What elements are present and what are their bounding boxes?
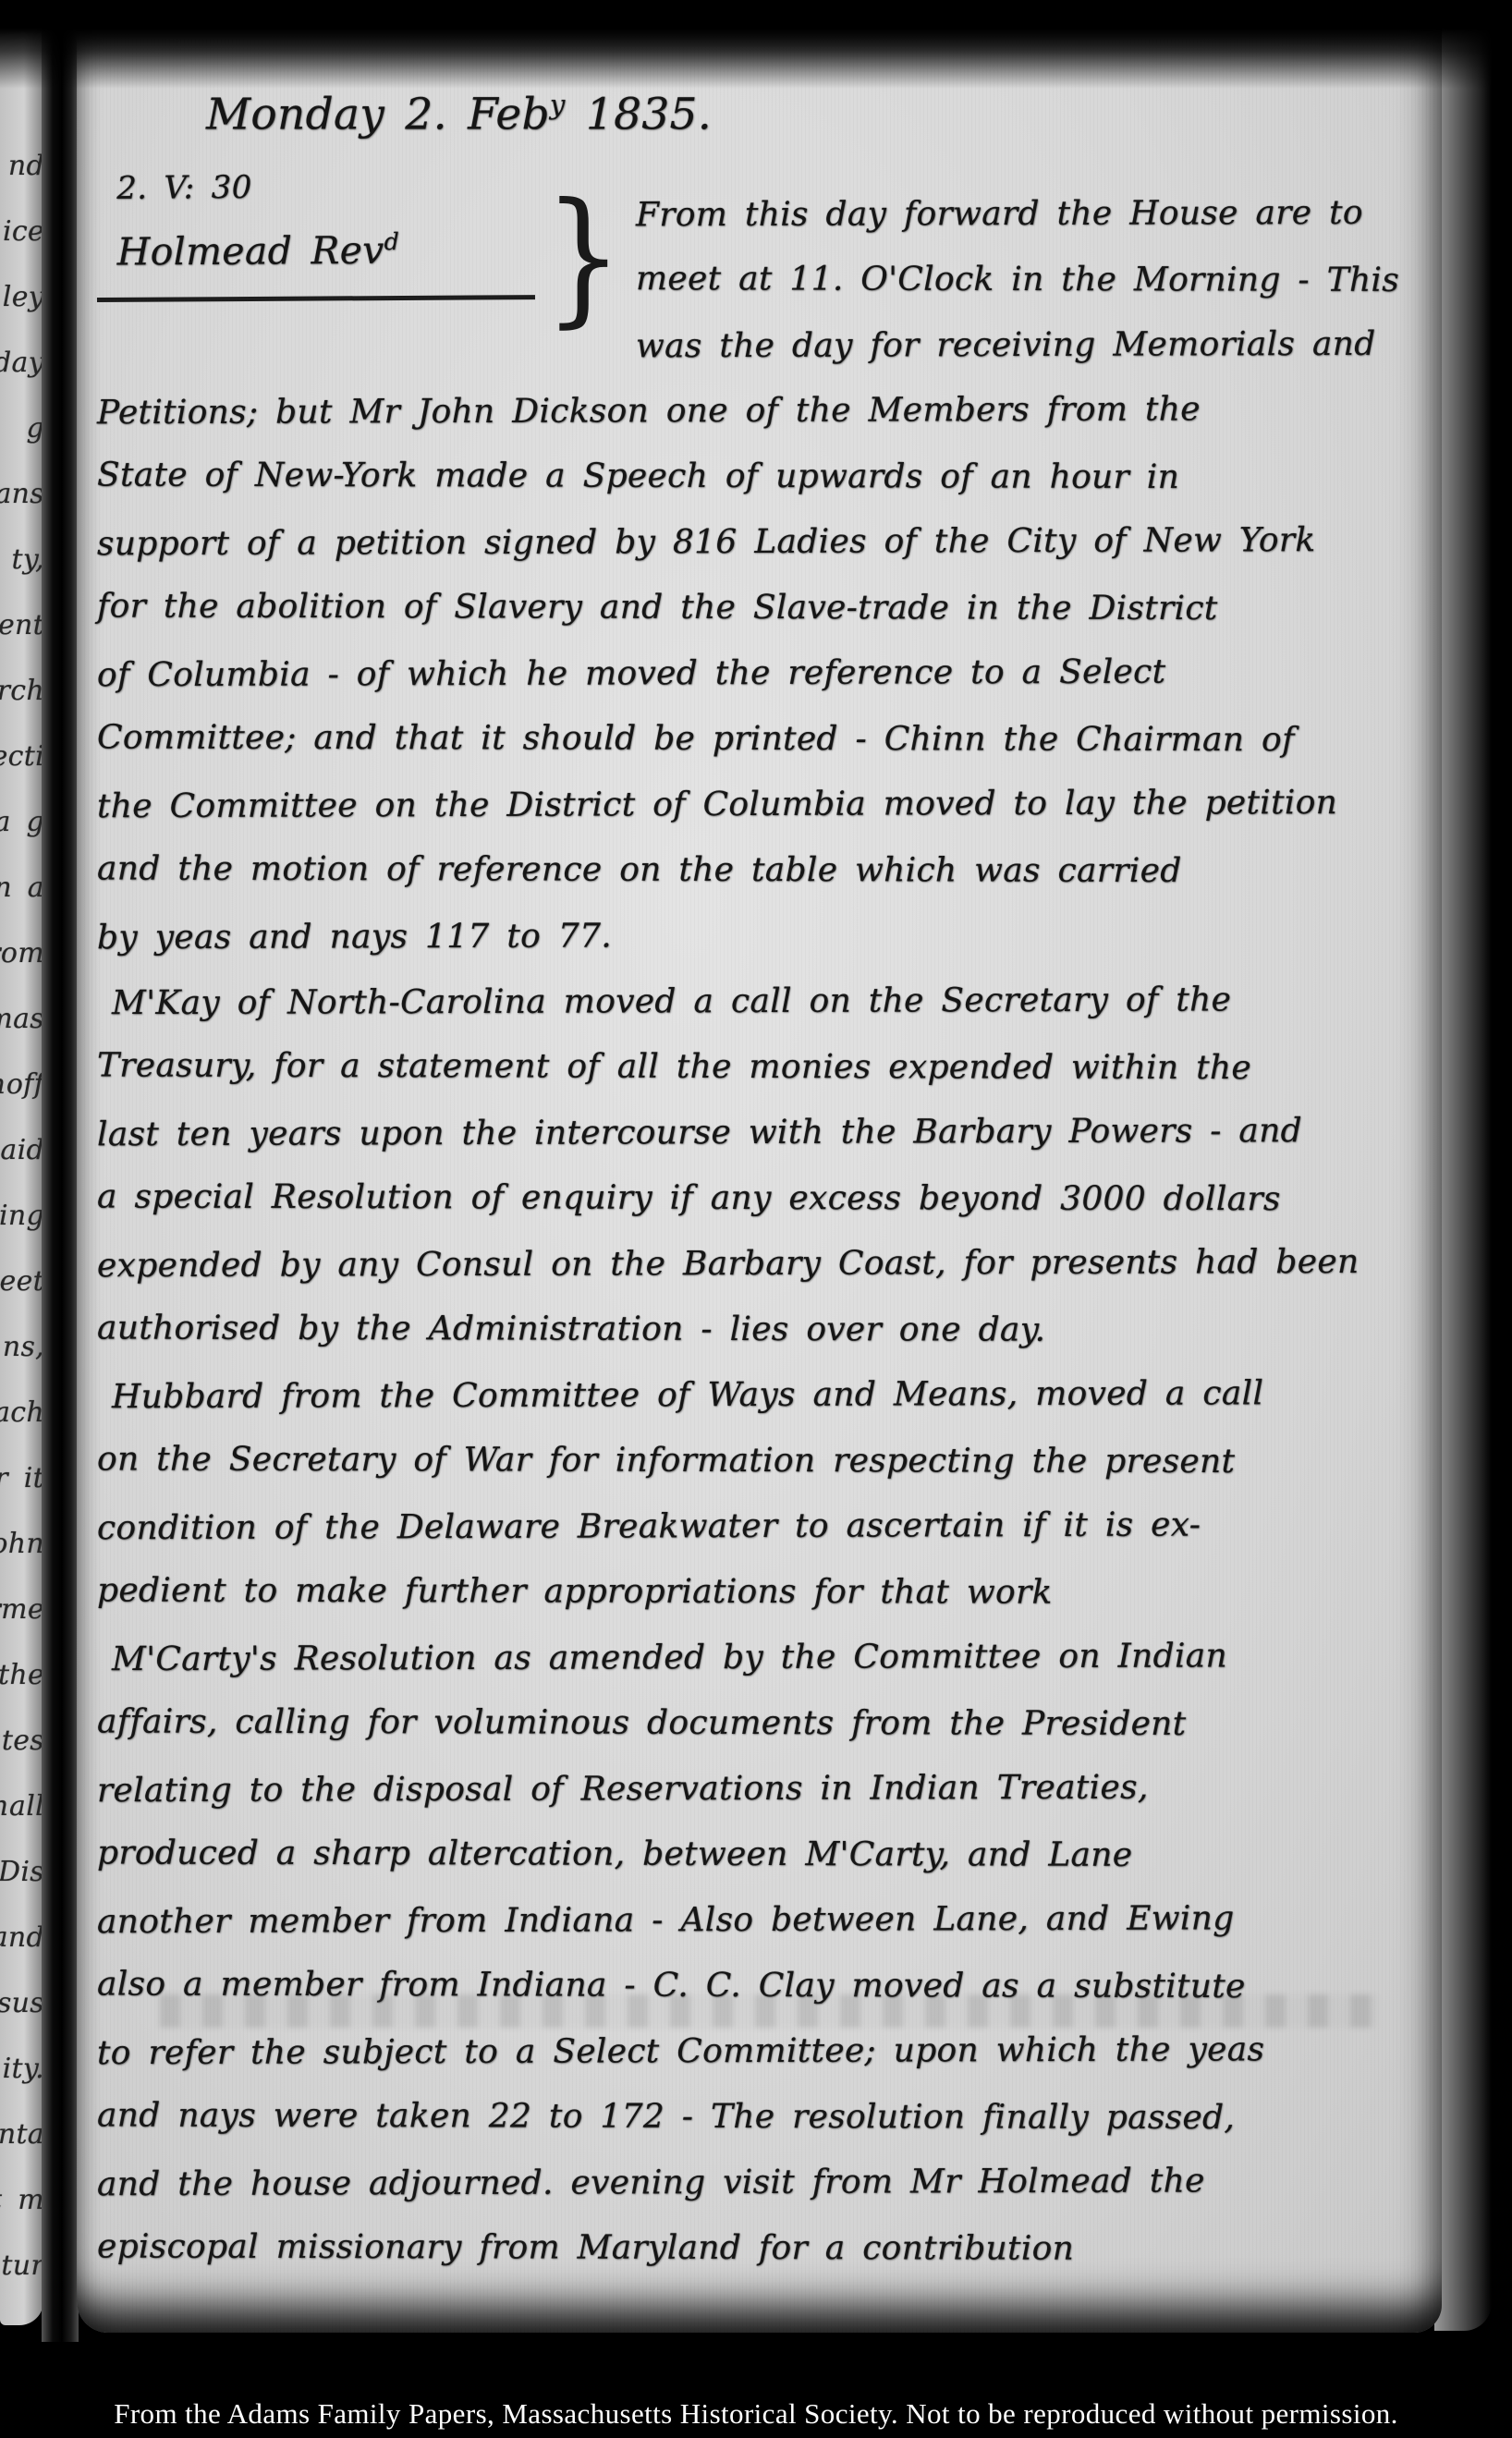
margin-volume-reference: 2. V: 30 — [116, 162, 534, 213]
paragraph-mckay-barbary: M'Kay of North-Carolina moved a call on … — [97, 969, 1410, 1362]
previous-page-fragment: an a — [0, 855, 43, 920]
previous-page-fragment: g — [0, 396, 43, 461]
manuscript-line: for the abolition of Slavery and the Sla… — [97, 573, 1410, 641]
previous-page-fragment: unta — [0, 2102, 43, 2167]
entry-header-row: 2. V: 30 Holmead Revd } From this day fo… — [97, 157, 1410, 378]
manuscript-line: also a member from Indiana - C. C. Clay … — [97, 1951, 1410, 2019]
paragraph-mccarty-resolution: M'Carty's Resolution as amended by the C… — [97, 1625, 1410, 2281]
previous-page-fragment: ty, — [0, 527, 43, 592]
manuscript-line: M'Kay of North-Carolina moved a call on … — [97, 966, 1410, 1035]
manuscript-line: and the motion of reference on the table… — [97, 835, 1410, 904]
paragraph-petitions: Petitions; but Mr John Dickson one of th… — [97, 378, 1410, 969]
manuscript-line: relating to the disposal of Reservations… — [97, 1753, 1410, 1822]
previous-page-fragment: forme — [0, 1577, 43, 1642]
previous-page-fragment: w John — [0, 1511, 43, 1577]
manuscript-line: was the day for receiving Memorials and — [635, 311, 1398, 379]
manuscript-line: support of a petition signed by 816 Ladi… — [97, 506, 1410, 576]
manuscript-line: produced a sharp altercation, between M'… — [97, 1820, 1410, 1888]
previous-page-fragment: plaid — [0, 1117, 43, 1183]
manuscript-line: Hubbard from the Committee of Ways and M… — [97, 1359, 1410, 1429]
previous-page-fragment: atatur — [0, 2233, 43, 2298]
previous-page-fragment: omas — [0, 986, 43, 1052]
manuscript-line: meet at 11. O'Clock in the Morning - Thi… — [635, 246, 1398, 313]
paragraph-hubbard-breakwater: Hubbard from the Committee of Ways and M… — [97, 1362, 1410, 1625]
margin-subject-superscript: d — [384, 227, 400, 255]
curly-brace: } — [544, 170, 623, 344]
previous-page-fragment: from — [0, 920, 43, 986]
previous-page-fragment: ns, — [0, 1314, 43, 1380]
manuscript-line: another member from Indiana - Also betwe… — [97, 1884, 1410, 1954]
previous-page-fragment: t m — [0, 2167, 43, 2233]
manuscript-line: the Committee on the District of Columbi… — [97, 769, 1410, 838]
previous-page-fragment: nd — [0, 133, 43, 199]
previous-page-fragment: Dis — [0, 1839, 43, 1905]
manuscript-line: last ten years upon the intercourse with… — [97, 1097, 1410, 1166]
manuscript-line: and the house adjourned. evening visit f… — [97, 2147, 1410, 2216]
previous-page-fragment: shall — [0, 1774, 43, 1839]
credit-text: From the Adams Family Papers, Massachuse… — [114, 2390, 1398, 2438]
manuscript-line: pedient to make further appropriations f… — [97, 1557, 1410, 1626]
previous-page-fragment: ans — [0, 461, 43, 527]
manuscript-line: by yeas and nays 117 to 77. — [97, 900, 1410, 969]
manuscript-line: to refer the subject to a Select Committ… — [97, 2016, 1410, 2085]
manuscript-line: Petitions; but Mr John Dickson one of th… — [97, 375, 1410, 445]
previous-page-fragment: reach — [0, 1380, 43, 1445]
manuscript-line: Committee; and that it should be printed… — [97, 704, 1410, 773]
previous-page-fragment: ja g — [0, 789, 43, 855]
manuscript-line: and nays were taken 22 to 172 - The reso… — [97, 2082, 1410, 2151]
manuscript-line: affairs, calling for voluminous document… — [97, 1688, 1410, 1757]
manuscript-line: expended by any Consul on the Barbary Co… — [97, 1228, 1410, 1298]
previous-page-fragment: llecti — [0, 724, 43, 789]
manuscript-line: M'Carty's Resolution as amended by the C… — [97, 1622, 1410, 1691]
previous-page-fragment: Jesus — [0, 1970, 43, 2036]
previous-page-fragment: day — [0, 330, 43, 396]
previous-page-fragment: eet — [0, 1249, 43, 1314]
scanned-manuscript: ndiceleydaygansty,enthurchllectija gan a… — [0, 0, 1512, 2438]
margin-annotation: 2. V: 30 Holmead Revd — [96, 154, 535, 302]
binding-gutter — [42, 0, 79, 2342]
previous-page-fragment: ice — [0, 199, 43, 264]
manuscript-line: episcopal missionary from Maryland for a… — [97, 2213, 1410, 2282]
manuscript-line: of Columbia - of which he moved the refe… — [97, 638, 1410, 707]
entry-date-main: Monday 2. Feb — [206, 90, 550, 140]
manuscript-line: a special Resolution of enquiry if any e… — [97, 1164, 1410, 1232]
page-right-edge — [1434, 11, 1492, 2331]
diary-page: Monday 2. Feby 1835. 2. V: 30 Holmead Re… — [77, 7, 1442, 2333]
previous-page-fragment: ent — [0, 592, 43, 658]
entry-date-superscript: y — [550, 89, 566, 120]
previous-page-fragment: ley — [0, 264, 43, 330]
previous-page-edge: ndiceleydaygansty,enthurchllectija gan a… — [0, 24, 43, 2325]
manuscript-line: condition of the Delaware Breakwater to … — [97, 1491, 1410, 1560]
entry-opening-lines: From this day forward the House are tome… — [636, 157, 1399, 378]
manuscript-line: Treasury, for a statement of all the mon… — [97, 1032, 1410, 1101]
margin-subject-name: Holmead Revd — [116, 210, 534, 282]
manuscript-line: on the Secretary of War for information … — [97, 1426, 1410, 1494]
credit-bar: From the Adams Family Papers, Massachuse… — [0, 2342, 1512, 2438]
previous-page-fragment: hoff — [0, 1052, 43, 1117]
previous-page-fragment: and — [0, 1905, 43, 1970]
entry-date-year: 1835. — [566, 90, 712, 140]
previous-page-fragment: States — [0, 1708, 43, 1774]
previous-page-fragment: ing — [0, 1183, 43, 1249]
manuscript-line: State of New-York made a Speech of upwar… — [97, 442, 1410, 510]
previous-page-fragment: the — [0, 1642, 43, 1708]
previous-page-fragment: hurch — [0, 658, 43, 724]
manuscript-line: authorised by the Administration - lies … — [97, 1295, 1410, 1363]
previous-page-fragment: ity. — [0, 2036, 43, 2102]
previous-page-fragment: for it — [0, 1445, 43, 1511]
manuscript-line: From this day forward the House are to — [635, 179, 1398, 248]
previous-page-fragments: ndiceleydaygansty,enthurchllectija gan a… — [0, 133, 43, 2298]
entry-date-heading: Monday 2. Feby 1835. — [206, 68, 1410, 152]
